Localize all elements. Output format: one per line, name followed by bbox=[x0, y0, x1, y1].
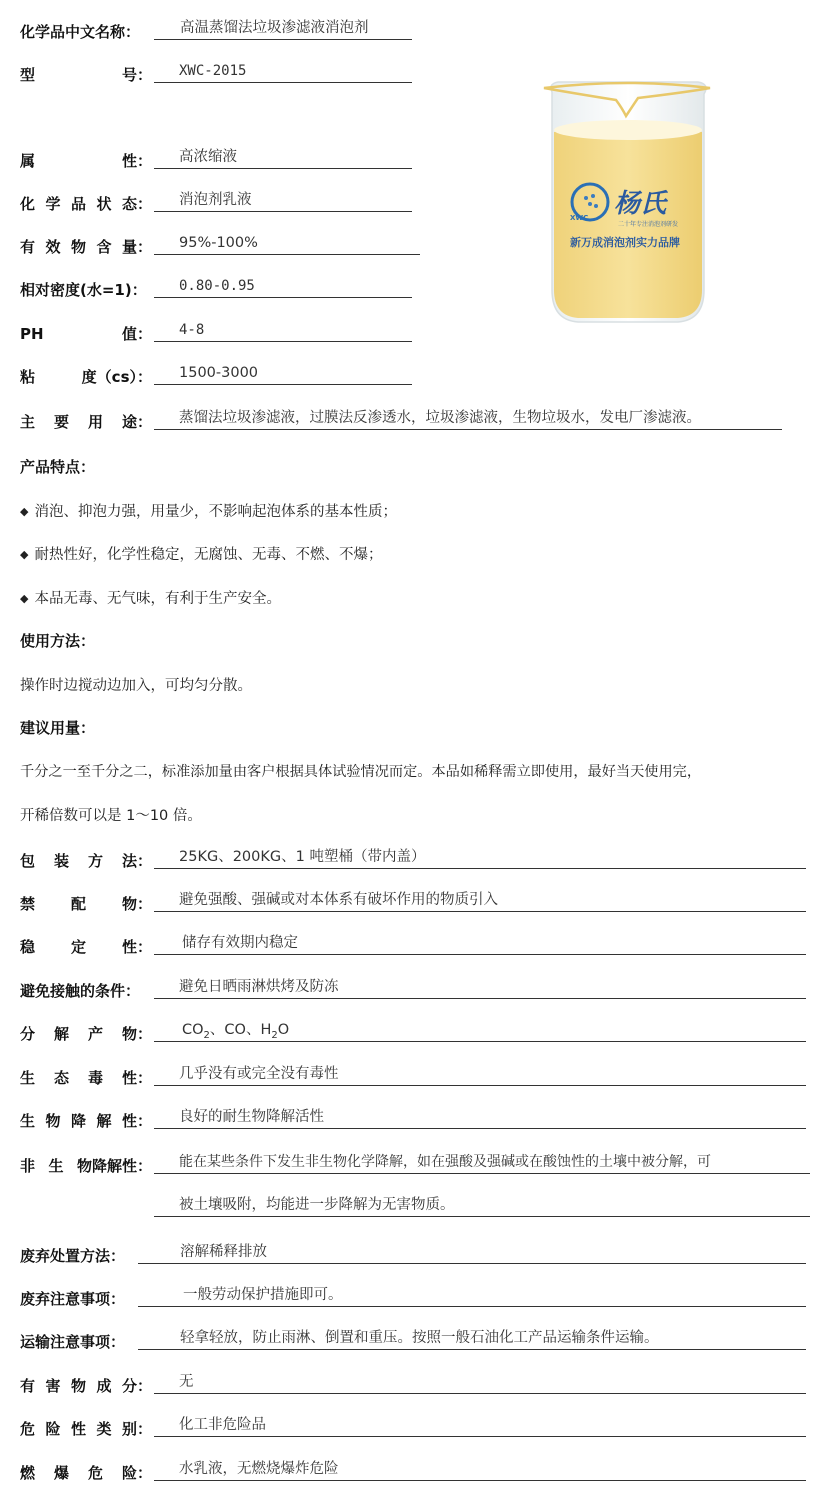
field-value-usage: 蒸馏法垃圾渗滤液，过膜法反渗透水，垃圾渗滤液，生物垃圾水，发电厂渗滤液。 bbox=[154, 408, 782, 430]
spec-label: 包装方法： bbox=[20, 851, 152, 871]
spec-value: 一般劳动保护措施即可。 bbox=[138, 1285, 806, 1307]
method-heading: 使用方法： bbox=[20, 630, 95, 651]
feature-item: ◆耐热性好，化学性稳定，无腐蚀、无毒、不燃、不爆； bbox=[20, 543, 382, 564]
field-label: 主要用途： bbox=[20, 412, 152, 432]
diamond-bullet-icon: ◆ bbox=[20, 505, 28, 518]
spec-row: 危险性类别： bbox=[20, 1415, 152, 1439]
spec-value: 轻拿轻放，防止雨淋、倒置和重压。按照一般石油化工产品运输条件运输。 bbox=[138, 1328, 806, 1350]
spec-value: 避免日晒雨淋烘烤及防冻 bbox=[154, 977, 806, 999]
spec-label: 燃爆危险： bbox=[20, 1463, 152, 1483]
spec-value: CO2、CO、H2O bbox=[154, 1020, 806, 1042]
field-value-ph: 4-8 bbox=[154, 320, 412, 342]
spec-value: 水乳液，无燃烧爆炸危险 bbox=[154, 1459, 806, 1481]
field-label: 属性： bbox=[20, 151, 152, 171]
spec-label: 禁配物： bbox=[20, 894, 152, 914]
spec-row: 非生物降解性： bbox=[20, 1152, 152, 1176]
spec-value: 避免强酸、强碱或对本体系有破坏作用的物质引入 bbox=[154, 890, 806, 912]
dosage-text-line2: 开稀倍数可以是 1～10 倍。 bbox=[20, 804, 202, 825]
spec-row: 生态毒性： bbox=[20, 1064, 152, 1088]
field-label: 相对密度(水=1)： bbox=[20, 280, 152, 300]
field-content: 有效物含量： bbox=[20, 233, 152, 257]
dosage-heading: 建议用量： bbox=[20, 717, 95, 738]
field-label: PH值： bbox=[20, 324, 152, 344]
spec-value: 良好的耐生物降解活性 bbox=[154, 1107, 806, 1129]
field-value-chemical-name: 高温蒸馏法垃圾渗滤液消泡剂 bbox=[154, 18, 412, 40]
spec-value: 溶解稀释排放 bbox=[138, 1242, 806, 1264]
field-usage: 主要用途： bbox=[20, 408, 152, 432]
spec-row: 避免接触的条件： bbox=[20, 977, 140, 1001]
spec-label: 生物降解性： bbox=[20, 1111, 152, 1131]
spec-row: 废弃注意事项： bbox=[20, 1285, 125, 1309]
features-heading: 产品特点： bbox=[20, 456, 95, 477]
spec-row: 包装方法： bbox=[20, 847, 152, 871]
spec-label: 废弃处置方法： bbox=[20, 1246, 125, 1266]
spec-label: 避免接触的条件： bbox=[20, 981, 140, 1001]
field-chemical-name: 化学品中文名称： bbox=[20, 18, 152, 42]
field-label: 粘度（cs）： bbox=[20, 367, 152, 387]
field-value-state: 消泡剂乳液 bbox=[154, 190, 412, 212]
spec-label: 生态毒性： bbox=[20, 1068, 152, 1088]
spec-value: 储存有效期内稳定 bbox=[154, 933, 806, 955]
spec-label: 有害物成分： bbox=[20, 1376, 152, 1396]
field-label: 化学品中文名称： bbox=[20, 22, 152, 42]
spec-row: 燃爆危险： bbox=[20, 1459, 152, 1483]
spec-value: 几乎没有或完全没有毒性 bbox=[154, 1064, 806, 1086]
field-value-attribute: 高浓缩液 bbox=[154, 147, 412, 169]
dosage-text-line1: 千分之一至千分之二，标准添加量由客户根据具体试验情况而定。本品如稀释需立即使用，… bbox=[20, 761, 701, 781]
beaker-icon: XWC 杨氏 二十年专注消泡剂研发 新万成消泡剂实力品牌 bbox=[538, 70, 718, 330]
field-viscosity: 粘度（cs）： bbox=[20, 363, 152, 387]
diamond-bullet-icon: ◆ bbox=[20, 592, 28, 605]
field-value-content: 95%-100% bbox=[154, 233, 420, 255]
spec-label: 危险性类别： bbox=[20, 1419, 152, 1439]
spec-value: 化工非危险品 bbox=[154, 1415, 806, 1437]
field-value-model: XWC-2015 bbox=[154, 61, 412, 83]
spec-value: 25KG、200KG、1 吨塑桶（带内盖） bbox=[154, 847, 806, 869]
field-attribute: 属性： bbox=[20, 147, 152, 171]
spec-label: 运输注意事项： bbox=[20, 1332, 125, 1352]
spec-row: 稳定性： bbox=[20, 933, 152, 957]
spec-row: 废弃处置方法： bbox=[20, 1242, 125, 1266]
spec-value: 能在某些条件下发生非生物化学降解，如在强酸及强碱或在酸蚀性的土壤中被分解，可 bbox=[154, 1152, 810, 1174]
field-ph: PH值： bbox=[20, 320, 152, 344]
spec-label: 分解产物： bbox=[20, 1024, 152, 1044]
feature-item: ◆本品无毒、无气味，有利于生产安全。 bbox=[20, 587, 281, 608]
product-beaker-image: XWC 杨氏 二十年专注消泡剂研发 新万成消泡剂实力品牌 bbox=[538, 70, 718, 330]
svg-text:新万成消泡剂实力品牌: 新万成消泡剂实力品牌 bbox=[570, 235, 680, 249]
method-text: 操作时边搅动边加入，可均匀分散。 bbox=[20, 674, 252, 695]
spec-value: 无 bbox=[154, 1372, 806, 1394]
spec-label: 废弃注意事项： bbox=[20, 1289, 125, 1309]
field-model: 型号： bbox=[20, 61, 152, 85]
field-label: 化学品状态： bbox=[20, 194, 152, 214]
field-value-density: 0.80-0.95 bbox=[154, 276, 412, 298]
svg-text:XWC: XWC bbox=[570, 214, 588, 222]
svg-text:二十年专注消泡剂研发: 二十年专注消泡剂研发 bbox=[618, 220, 678, 228]
spec-row: 分解产物： bbox=[20, 1020, 152, 1044]
svg-text:杨氏: 杨氏 bbox=[614, 189, 669, 219]
feature-item: ◆消泡、抑泡力强，用量少，不影响起泡体系的基本性质； bbox=[20, 500, 397, 521]
spec-row: 运输注意事项： bbox=[20, 1328, 125, 1352]
spec-row: 有害物成分： bbox=[20, 1372, 152, 1396]
spec-value-continued: 被土壤吸附，均能进一步降解为无害物质。 bbox=[154, 1195, 810, 1217]
diamond-bullet-icon: ◆ bbox=[20, 548, 28, 561]
field-label: 型号： bbox=[20, 65, 152, 85]
field-value-viscosity: 1500-3000 bbox=[154, 363, 412, 385]
spec-row: 生物降解性： bbox=[20, 1107, 152, 1131]
field-density: 相对密度(水=1)： bbox=[20, 276, 152, 300]
spec-label: 稳定性： bbox=[20, 937, 152, 957]
spec-label: 非生物降解性： bbox=[20, 1156, 152, 1176]
field-label: 有效物含量： bbox=[20, 237, 152, 257]
field-state: 化学品状态： bbox=[20, 190, 152, 214]
spec-row: 禁配物： bbox=[20, 890, 152, 914]
